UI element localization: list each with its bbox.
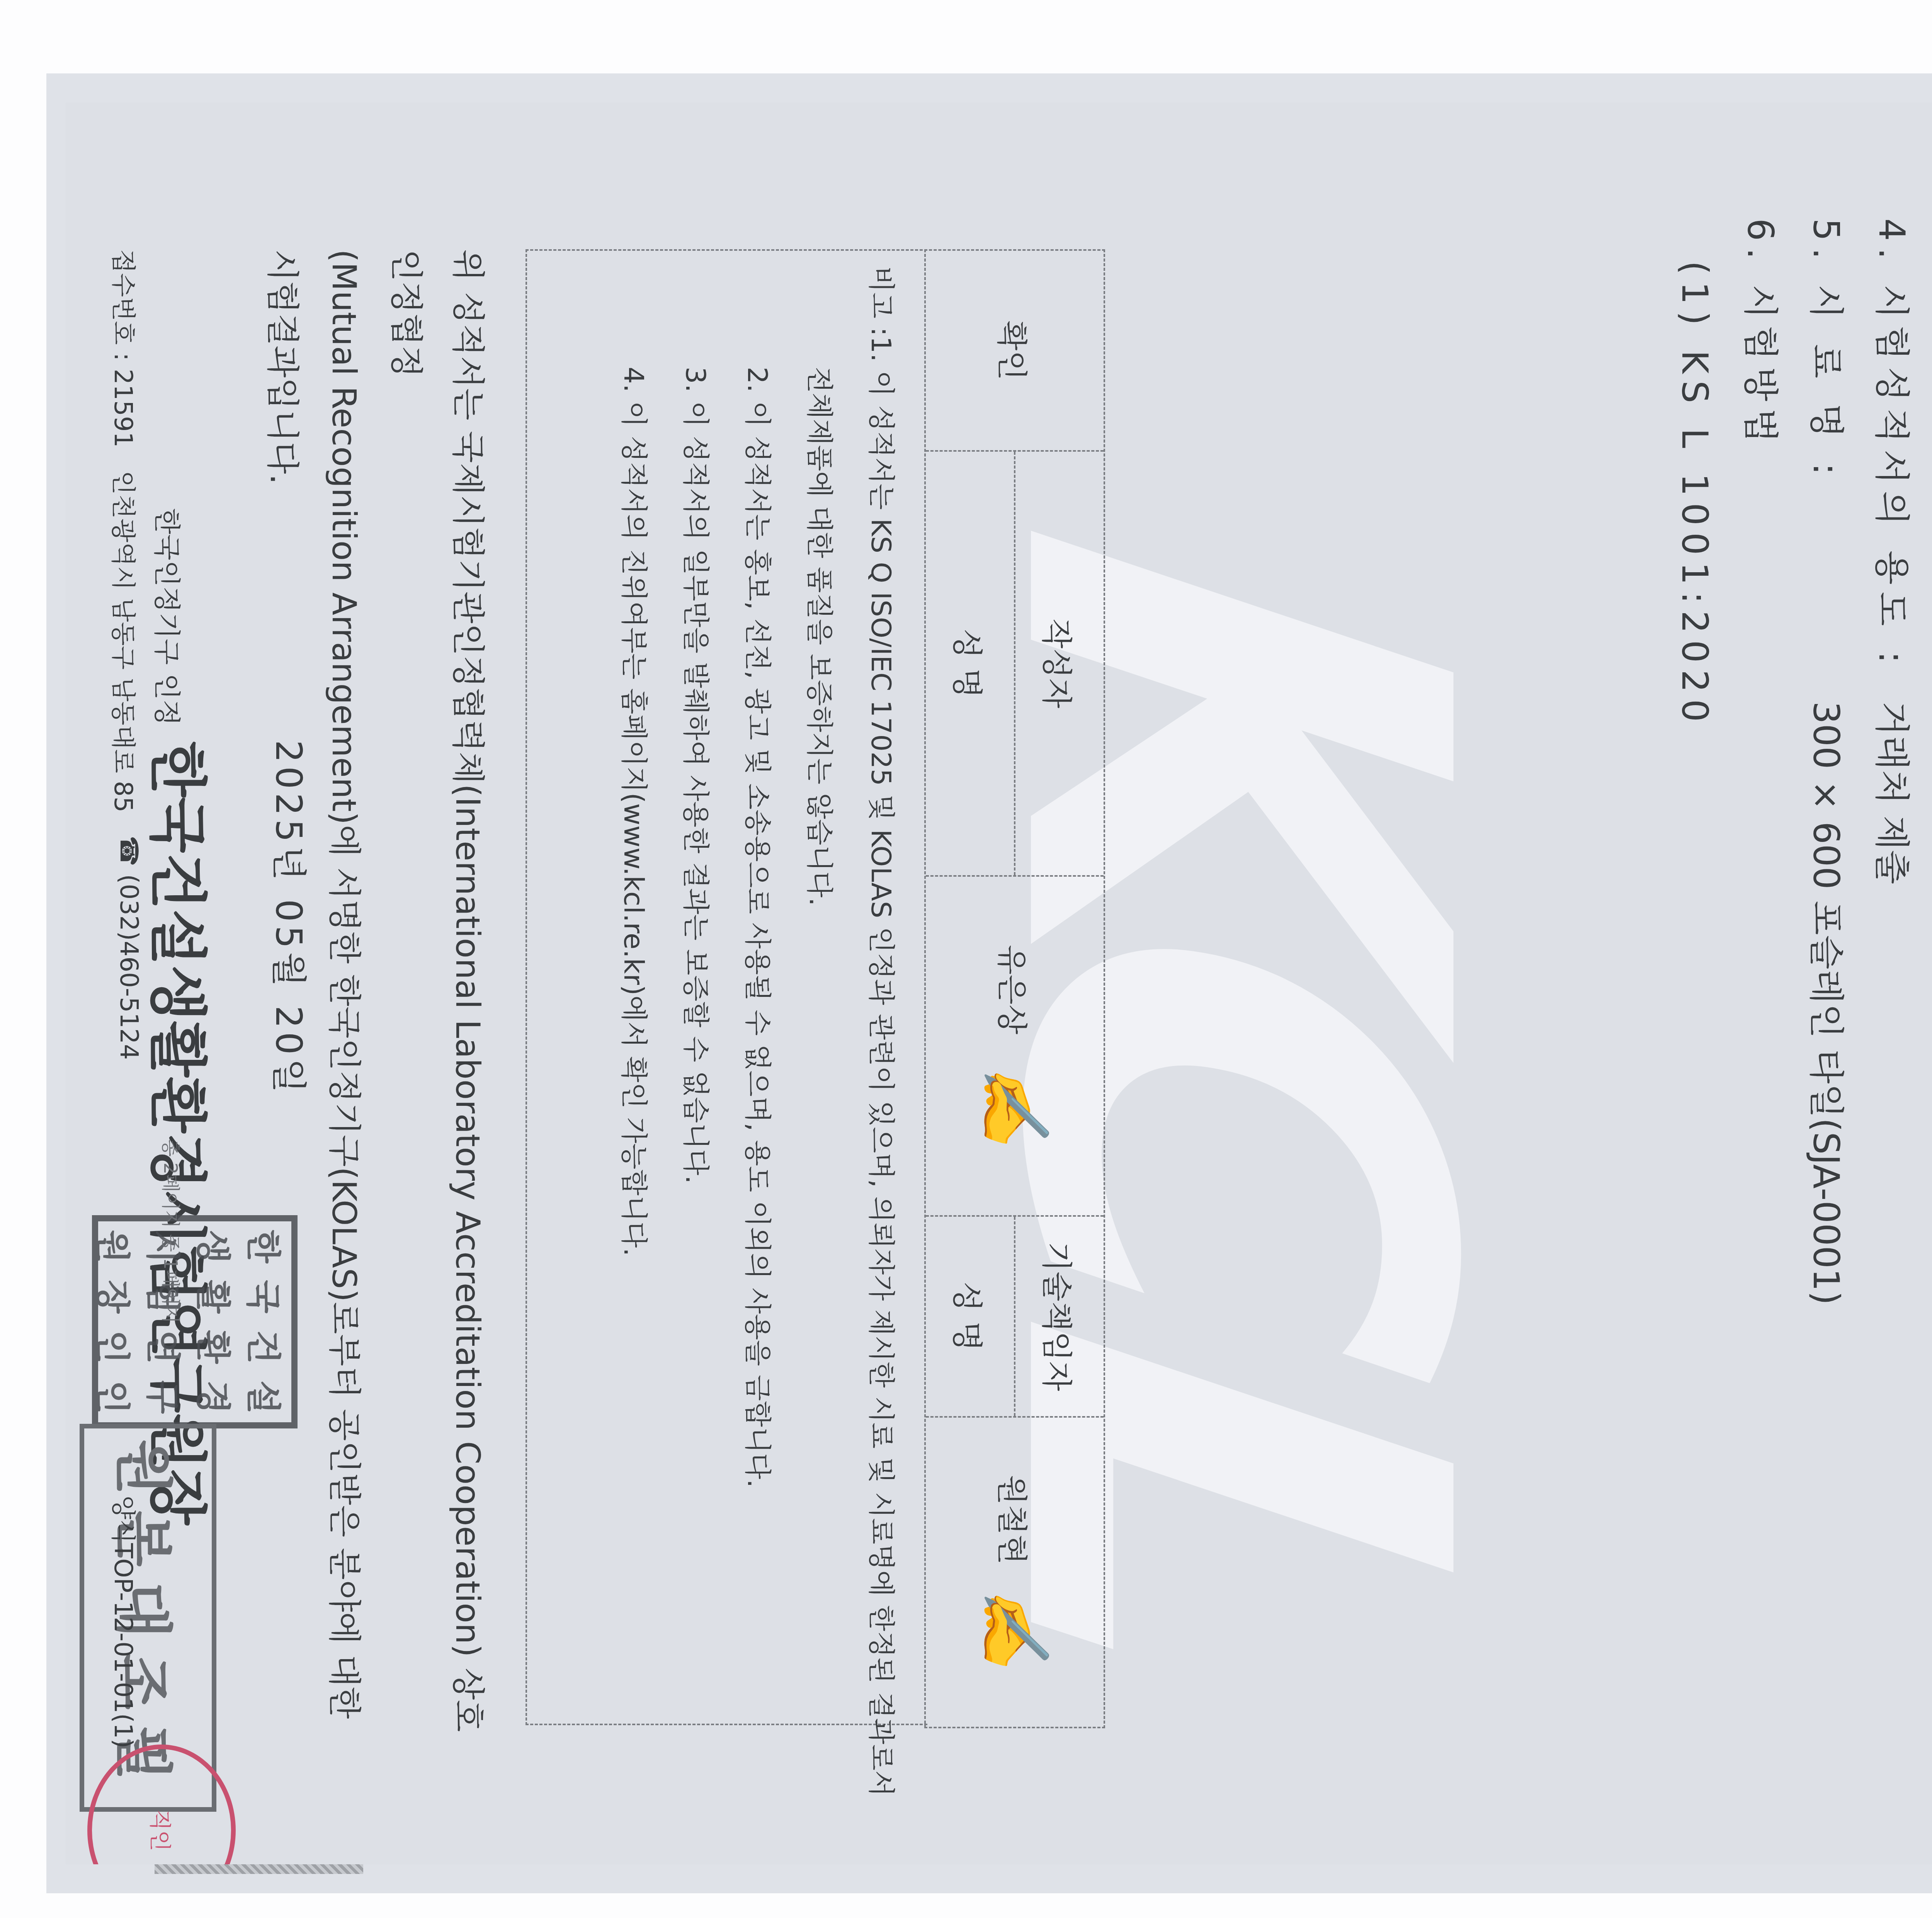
signature-icon: ✍ [976, 1065, 1053, 1147]
note-item: 4. 이 성적서의 진위여부는 홈페이지(www.kcl.re.kr)에서 확인… [603, 266, 665, 1708]
field-label: 4. 시험성적서의 용도 : [1859, 218, 1924, 701]
field-row: 3. 시험기간 :2025년 03월 20일 ~ 2025년 05월 20일 [1924, 218, 1932, 1367]
spacer [665, 266, 726, 367]
test-report-page: the way to trust KCL 시험성적서 ilac-MRA KOLA… [66, 102, 1932, 1864]
test-method: (1) KS L 1001:2020 [1662, 261, 1727, 701]
tech-sign-label: 성 명 [926, 1217, 1014, 1416]
report-purpose: 거래처 제출 [1859, 701, 1924, 884]
author-sign-label: 성 명 [926, 452, 1014, 875]
field-label: 5. 시 료 명 : [1793, 218, 1859, 701]
footer-address: 인천광역시 남동구 남동대로 85 [107, 471, 143, 812]
author-name: 유은상 [993, 945, 1037, 1034]
seal-glyph: 설 [241, 1372, 291, 1422]
author-label: 작성자 [1014, 452, 1104, 875]
mra-line: (Mutual Recognition Arrangement)에 서명한 한국… [313, 249, 375, 1756]
seal-glyph: 건 [241, 1322, 291, 1372]
field-row: 4. 시험성적서의 용도 :거래처 제출 [1859, 218, 1924, 1367]
issue-date: 2025년 05월 20일 [266, 740, 317, 1097]
notes-label: 비고 : [850, 266, 912, 336]
seal-glyph: 활 [191, 1272, 241, 1322]
confirm-cell: 확인 [926, 251, 1104, 452]
seal-glyph: 환 [191, 1322, 241, 1372]
report-info: 1. 성 적 서 번 호 :CT25-026958K 2. 의 뢰 자 ○ 업 … [1662, 218, 1932, 1367]
seal-glyph: 구 [141, 1372, 191, 1422]
spacer [726, 266, 788, 367]
note-text: 3. 이 성적서의 일부만을 발췌하여 사용한 결과는 보증할 수 없습니다. [665, 367, 726, 1184]
form-code: 양식TOP-12-01-01(1) [107, 1495, 143, 1864]
seal-glyph: 한 [241, 1221, 291, 1272]
test-period: 2025년 03월 20일 ~ 2025년 05월 20일 [1924, 701, 1932, 1367]
tech-role: 기술책임자 성 명 [926, 1217, 1104, 1416]
field-row: 6. 시험방법 [1727, 218, 1793, 1367]
author-name-cell: 유은상 ✍ [926, 877, 1104, 1217]
field-label: 6. 시험방법 [1727, 218, 1793, 701]
signature-icon: ✍ [976, 1588, 1053, 1670]
scanned-document: the way to trust KCL 시험성적서 ilac-MRA KOLA… [46, 73, 1932, 1893]
author-cell: 작성자 성 명 [926, 452, 1104, 877]
footer: 접수번호 : 21591 인천광역시 남동구 남동대로 85 ☎ (032)46… [107, 102, 143, 1864]
tech-label: 기술책임자 [1014, 1217, 1104, 1416]
seal-glyph: 경 [191, 1372, 241, 1422]
seal-glyph: 국 [241, 1272, 291, 1322]
field-label: 3. 시험기간 : [1924, 218, 1932, 701]
seal-glyph: 생 [191, 1221, 241, 1272]
footer-phone: ☎ (032)460-5124 [107, 836, 143, 1060]
confirm-label: 확인 [993, 321, 1037, 381]
note-text: 4. 이 성적서의 진위여부는 홈페이지(www.kcl.re.kr)에서 확인… [603, 367, 665, 1257]
spacer [788, 266, 850, 367]
spacer [603, 266, 665, 367]
author-role: 작성자 성 명 [926, 452, 1104, 875]
tech-cell: 기술책임자 성 명 [926, 1217, 1104, 1418]
note-item: 3. 이 성적서의 일부만을 발췌하여 사용한 결과는 보증할 수 없습니다. [665, 266, 726, 1708]
page-info: 총 2페이지 중 1페이지 [159, 1139, 185, 1323]
receipt-number: 접수번호 : 21591 [107, 249, 143, 447]
tech-name-cell: 원철현 ✍ [926, 1418, 1104, 1727]
note-item: 전체제품에 대한 품질을 보증하지는 않습니다. [788, 266, 850, 1708]
sample-name: 300 × 600 포슬레인 타일(SJA-0001) [1793, 701, 1859, 1305]
tech-name: 원철현 [993, 1475, 1037, 1564]
issuer-prefix: 한국인정기구 인정 [151, 508, 182, 726]
signature-table: 확인 작성자 성 명 유은상 ✍ 기술책임자 성 명 원철현 ✍ [924, 249, 1105, 1728]
note-item: 비고 :1. 이 성적서는 KS Q ISO/IEC 17025 및 KOLAS… [850, 266, 912, 1708]
note-text: 1. 이 성적서는 KS Q ISO/IEC 17025 및 KOLAS 인정과… [850, 336, 912, 1797]
note-text: 2. 이 성적서는 홍보, 선전, 광고 및 소송용으로 사용될 수 없으며, … [726, 367, 788, 1488]
note-text: 전체제품에 대한 품질을 보증하지는 않습니다. [788, 367, 850, 906]
seal-glyph: 연 [141, 1322, 191, 1372]
field-row: (1) KS L 1001:2020 [1662, 218, 1727, 1367]
mra-line: 위 성적서는 국제시험기관인정협력체(International Laborat… [375, 249, 498, 1756]
note-item: 2. 이 성적서는 홍보, 선전, 광고 및 소송용으로 사용될 수 없으며, … [726, 266, 788, 1708]
field-row: 5. 시 료 명 :300 × 600 포슬레인 타일(SJA-0001) [1793, 218, 1859, 1367]
notes-section: 비고 :1. 이 성적서는 KS Q ISO/IEC 17025 및 KOLAS… [526, 249, 927, 1725]
